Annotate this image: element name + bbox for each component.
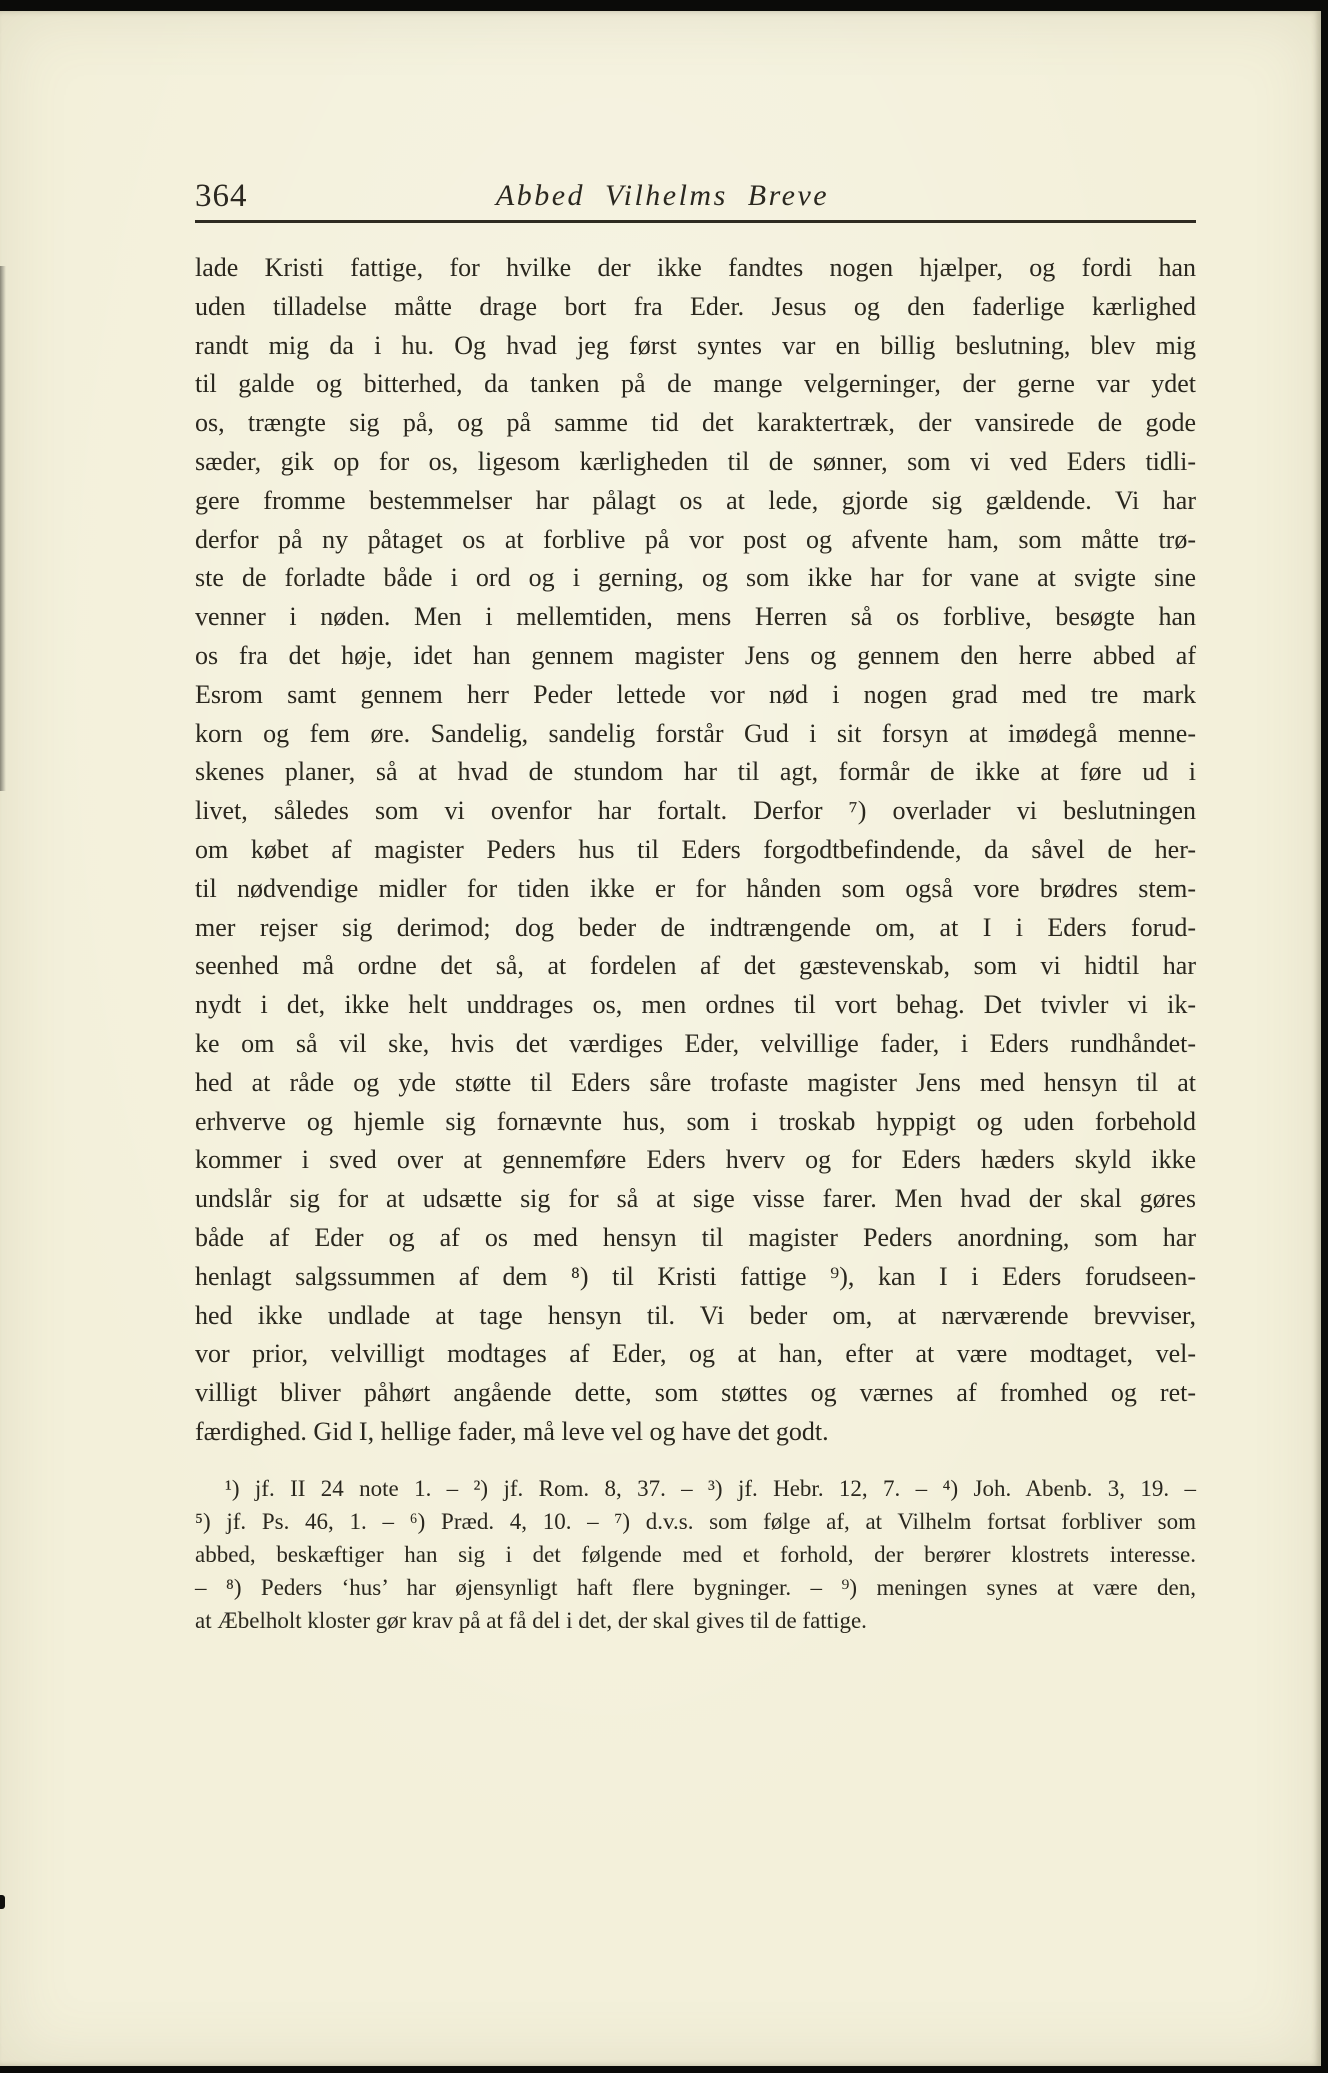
body-line: både af Eder og af os med hensyn til mag… [195, 1219, 1196, 1258]
body-line: gere fromme bestemmelser har pålagt os a… [195, 482, 1196, 521]
body-line: venner i nøden. Men i mellemtiden, mens … [195, 598, 1196, 637]
running-title: Abbed Vilhelms Breve [195, 179, 1130, 213]
footnote-line: abbed, beskæftiger han sig i det følgend… [195, 1538, 1196, 1571]
body-line: nydt i det, ikke helt unddrages os, men … [195, 986, 1196, 1025]
body-line: kommer i sved over at gennemføre Eders h… [195, 1141, 1196, 1180]
body-line: randt mig da i hu. Og hvad jeg først syn… [195, 327, 1196, 366]
body-line: undslår sig for at udsætte sig for så at… [195, 1180, 1196, 1219]
body-line: lade Kristi fattige, for hvilke der ikke… [195, 249, 1196, 288]
book-page-paper: 364 Abbed Vilhelms Breve lade Kristi fat… [0, 11, 1321, 2066]
body-line: villigt bliver påhørt angående dette, so… [195, 1374, 1196, 1413]
body-line: færdighed. Gid I, hellige fader, må leve… [195, 1413, 1196, 1452]
body-line: vor prior, velvilligt modtages af Eder, … [195, 1335, 1196, 1374]
body-line: derfor på ny påtaget os at forblive på v… [195, 521, 1196, 560]
scan-left-edge-artifact [0, 1895, 5, 1909]
body-line: skenes planer, så at hvad de stundom har… [195, 753, 1196, 792]
body-line: ste de forladte både i ord og i gerning,… [195, 559, 1196, 598]
body-line: mer rejser sig derimod; dog beder de ind… [195, 909, 1196, 948]
scanned-book-page: { "page": { "number": "364", "running_ti… [0, 0, 1328, 2073]
body-line: uden tilladelse måtte drage bort fra Ede… [195, 288, 1196, 327]
body-line: livet, således som vi ovenfor har fortal… [195, 792, 1196, 831]
body-line: os, trængte sig på, og på samme tid det … [195, 404, 1196, 443]
footnote-line: ⁵) jf. Ps. 46, 1. – ⁶) Præd. 4, 10. – ⁷)… [195, 1505, 1196, 1538]
letter-body-text: lade Kristi fattige, for hvilke der ikke… [195, 249, 1196, 1452]
scan-left-edge-shadow [0, 266, 6, 791]
body-line: til nødvendige midler for tiden ikke er … [195, 870, 1196, 909]
body-line: erhverve og hjemle sig fornævnte hus, so… [195, 1103, 1196, 1142]
footnote-line: ¹) jf. II 24 note 1. – ²) jf. Rom. 8, 37… [195, 1472, 1196, 1505]
body-line: om købet af magister Peders hus til Eder… [195, 831, 1196, 870]
body-line: seenhed må ordne det så, at fordelen af … [195, 947, 1196, 986]
footnote-line: at Æbelholt kloster gør krav på at få de… [195, 1604, 1196, 1637]
page-content: 364 Abbed Vilhelms Breve lade Kristi fat… [195, 11, 1196, 1637]
body-line: ke om så vil ske, hvis det værdiges Eder… [195, 1025, 1196, 1064]
body-line: henlagt salgssummen af dem ⁸) til Kristi… [195, 1258, 1196, 1297]
body-line: os fra det høje, idet han gennem magiste… [195, 637, 1196, 676]
body-line: Esrom samt gennem herr Peder lettede vor… [195, 676, 1196, 715]
body-line: hed at råde og yde støtte til Eders såre… [195, 1064, 1196, 1103]
body-line: korn og fem øre. Sandelig, sandelig fors… [195, 715, 1196, 754]
footnotes: ¹) jf. II 24 note 1. – ²) jf. Rom. 8, 37… [195, 1472, 1196, 1637]
footnote-line: – ⁸) Peders ‘hus’ har øjensynligt haft f… [195, 1571, 1196, 1604]
body-line: til galde og bitterhed, da tanken på de … [195, 365, 1196, 404]
page-header: 364 Abbed Vilhelms Breve [195, 177, 1196, 223]
body-line: sæder, gik op for os, ligesom kærlighede… [195, 443, 1196, 482]
body-line: hed ikke undlade at tage hensyn til. Vi … [195, 1297, 1196, 1336]
